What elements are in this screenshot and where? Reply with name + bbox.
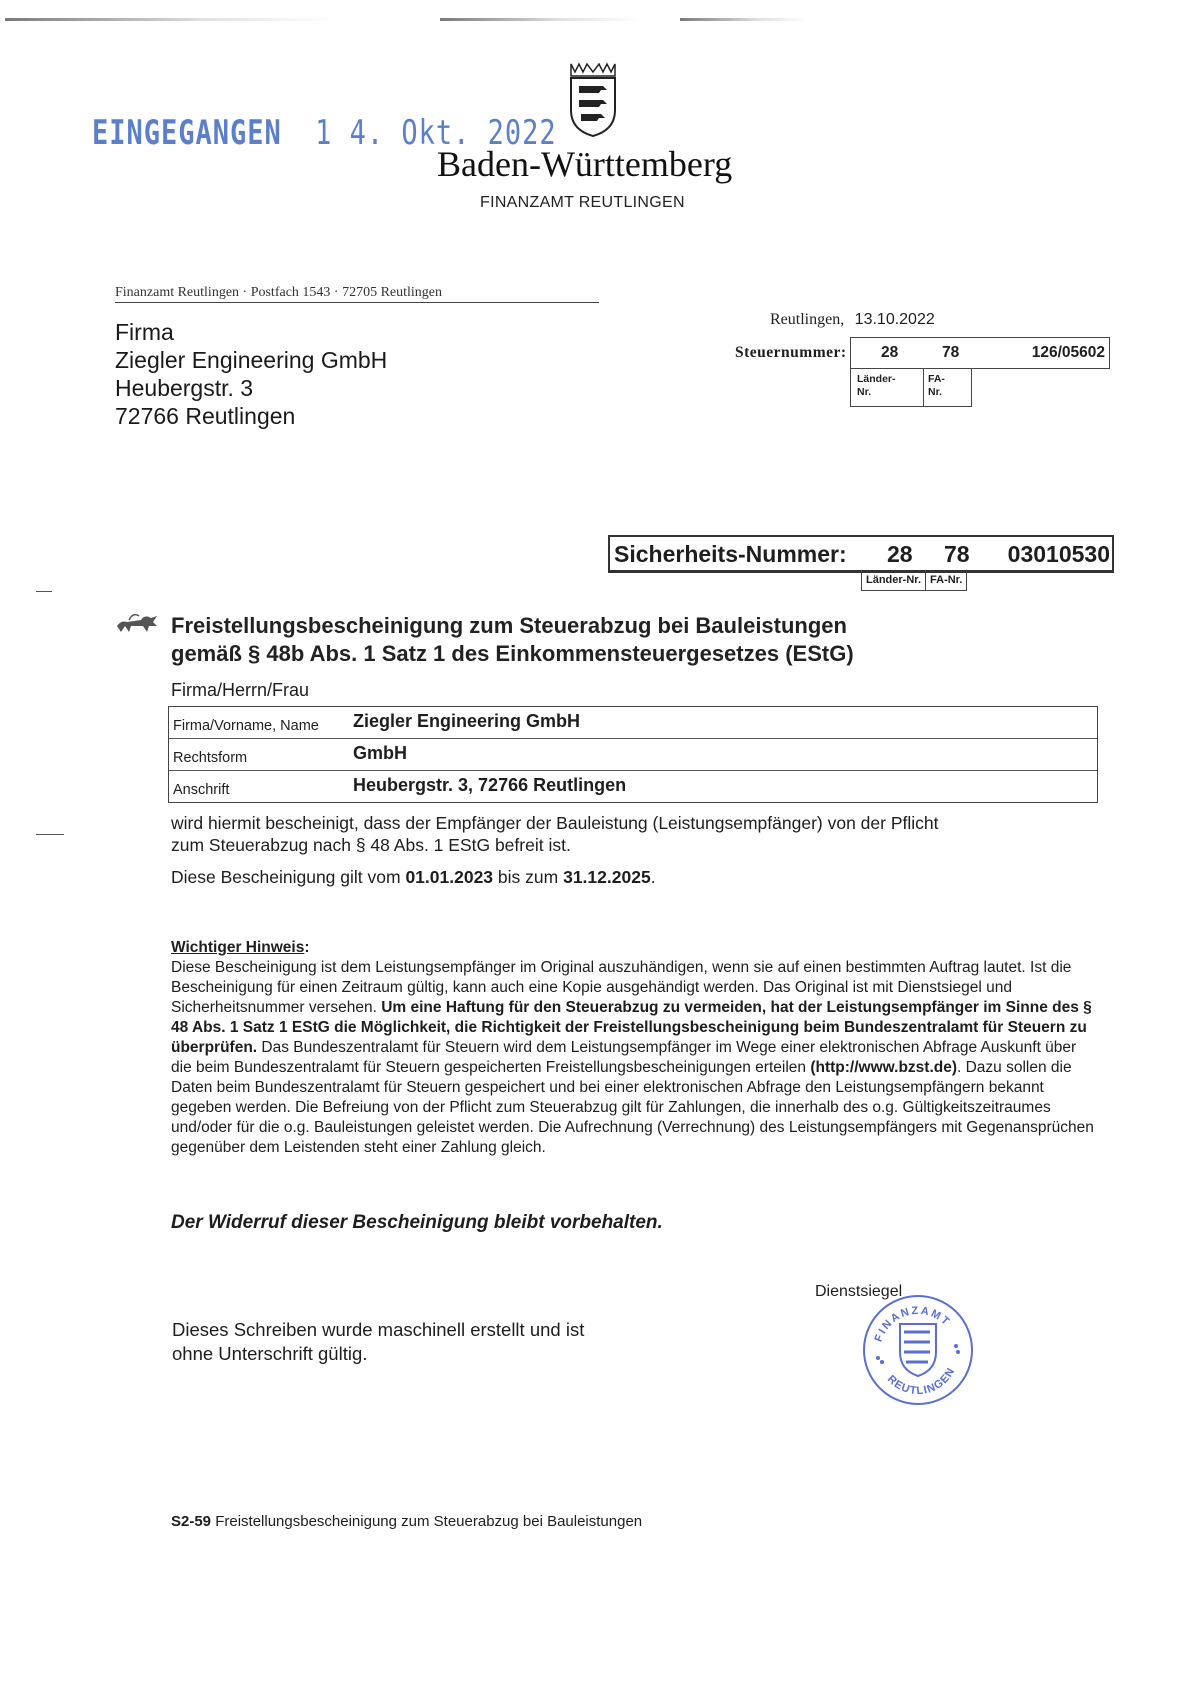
tax-fa-sublabel-box: FA- Nr. xyxy=(922,368,972,407)
tax-number-label: Steuernummer: xyxy=(735,344,847,362)
security-number-label: Sicherheits-Nummer: xyxy=(614,541,847,568)
validity-line: Diese Bescheinigung gilt vom 01.01.2023 … xyxy=(171,866,656,888)
table-row-value: Ziegler Engineering GmbH xyxy=(353,711,580,738)
important-notice: Wichtiger Hinweis: Diese Bescheinigung i… xyxy=(171,938,1096,1158)
valid-from: 01.01.2023 xyxy=(405,867,493,887)
recipient-line: 72766 Reutlingen xyxy=(115,402,387,430)
scan-artifact xyxy=(680,18,810,21)
table-row: Firma/Vorname, Name Ziegler Engineering … xyxy=(169,707,1097,739)
scan-artifact xyxy=(5,18,335,21)
security-fa-sublabel: FA-Nr. xyxy=(926,570,966,590)
scan-artifact xyxy=(440,18,640,21)
validity-mid: bis zum xyxy=(498,867,558,887)
table-row: Anschrift Heubergstr. 3, 72766 Reutlinge… xyxy=(169,771,1097,802)
coat-of-arms-icon xyxy=(565,62,621,143)
tax-laender-sublabel-box: Länder- Nr. xyxy=(850,368,924,407)
security-number-box: Sicherheits-Nummer: 28 78 03010530 xyxy=(608,535,1114,573)
tax-office-name: FINANZAMT REUTLINGEN xyxy=(480,194,685,212)
table-row-label: Firma/Vorname, Name xyxy=(169,718,353,738)
security-fa-nr: 78 xyxy=(944,541,970,568)
certification-line-1: wird hiermit bescheinigt, dass der Empfä… xyxy=(171,812,1091,834)
recipient-line: Ziegler Engineering GmbH xyxy=(115,346,387,374)
state-name: Baden-Württemberg xyxy=(437,143,732,185)
table-row: Rechtsform GmbH xyxy=(169,739,1097,771)
certification-text: wird hiermit bescheinigt, dass der Empfä… xyxy=(171,812,1091,856)
svg-text:REUTLINGEN: REUTLINGEN xyxy=(885,1365,958,1397)
official-seal-icon: FINANZAMT REUTLINGEN xyxy=(858,1290,978,1415)
security-laender-nr: 28 xyxy=(887,541,913,568)
notice-body: Diese Bescheinigung ist dem Leistungsemp… xyxy=(171,958,1096,1158)
validity-prefix: Diese Bescheinigung gilt vom xyxy=(171,867,401,887)
tax-laender-sublabel: Länder- Nr. xyxy=(851,368,923,399)
machine-note-line-2: ohne Unterschrift gültig. xyxy=(172,1342,584,1366)
date-line: Reutlingen, 13.10.2022 xyxy=(770,311,935,329)
tax-number-box: 28 78 126/05602 xyxy=(850,337,1110,369)
tax-number-value: 126/05602 xyxy=(1032,344,1105,362)
security-laender-sublabel: Länder-Nr. xyxy=(862,570,926,590)
title-line-2: gemäß § 48b Abs. 1 Satz 1 des Einkommens… xyxy=(171,640,854,668)
lion-icon xyxy=(115,612,159,639)
bzst-link[interactable]: (http://www.bzst.de) xyxy=(810,1059,957,1076)
form-footer: S2-59 Freistellungsbescheinigung zum Ste… xyxy=(171,1513,642,1530)
form-name: Freistellungsbescheinigung zum Steuerabz… xyxy=(211,1513,642,1530)
notice-heading-colon: : xyxy=(304,939,309,956)
punch-mark xyxy=(36,834,64,835)
machine-note-line-1: Dieses Schreiben wurde maschinell erstel… xyxy=(172,1318,584,1342)
table-row-value: Heubergstr. 3, 72766 Reutlingen xyxy=(353,775,626,802)
table-row-label: Rechtsform xyxy=(169,750,353,770)
security-number-value: 03010530 xyxy=(1008,541,1110,568)
valid-to: 31.12.2025 xyxy=(563,867,651,887)
recipient-line: Heubergstr. 3 xyxy=(115,374,387,402)
notice-heading-text: Wichtiger Hinweis xyxy=(171,939,304,956)
form-code: S2-59 xyxy=(171,1513,211,1530)
recipient-line: Firma xyxy=(115,318,387,346)
recipient-table: Firma/Vorname, Name Ziegler Engineering … xyxy=(168,706,1098,803)
machine-note: Dieses Schreiben wurde maschinell erstel… xyxy=(172,1318,584,1366)
table-row-value: GmbH xyxy=(353,743,407,770)
stamp-label: EINGEGANGEN xyxy=(92,114,282,153)
table-row-label: Anschrift xyxy=(169,782,353,802)
document-title: Freistellungsbescheinigung zum Steuerabz… xyxy=(171,612,854,668)
certification-line-2: zum Steuerabzug nach § 48 Abs. 1 EStG be… xyxy=(171,834,1091,856)
sender-line: Finanzamt Reutlingen · Postfach 1543 · 7… xyxy=(115,285,599,303)
tax-fa-nr: 78 xyxy=(942,344,959,362)
addressee-label: Firma/Herrn/Frau xyxy=(171,680,309,701)
security-sublabels: Länder-Nr. FA-Nr. xyxy=(861,570,967,591)
recipient-address: Firma Ziegler Engineering GmbH Heubergst… xyxy=(115,318,387,430)
revocation-note: Der Widerruf dieser Bescheinigung bleibt… xyxy=(171,1212,663,1234)
notice-heading: Wichtiger Hinweis: xyxy=(171,938,1096,958)
title-line-1: Freistellungsbescheinigung zum Steuerabz… xyxy=(171,612,854,640)
tax-fa-sublabel: FA- Nr. xyxy=(922,368,971,399)
date-place: Reutlingen, xyxy=(770,311,844,328)
validity-suffix: . xyxy=(651,867,656,887)
letter-date: 13.10.2022 xyxy=(855,311,935,328)
fold-mark xyxy=(36,591,52,592)
tax-laender-nr: 28 xyxy=(881,344,898,362)
